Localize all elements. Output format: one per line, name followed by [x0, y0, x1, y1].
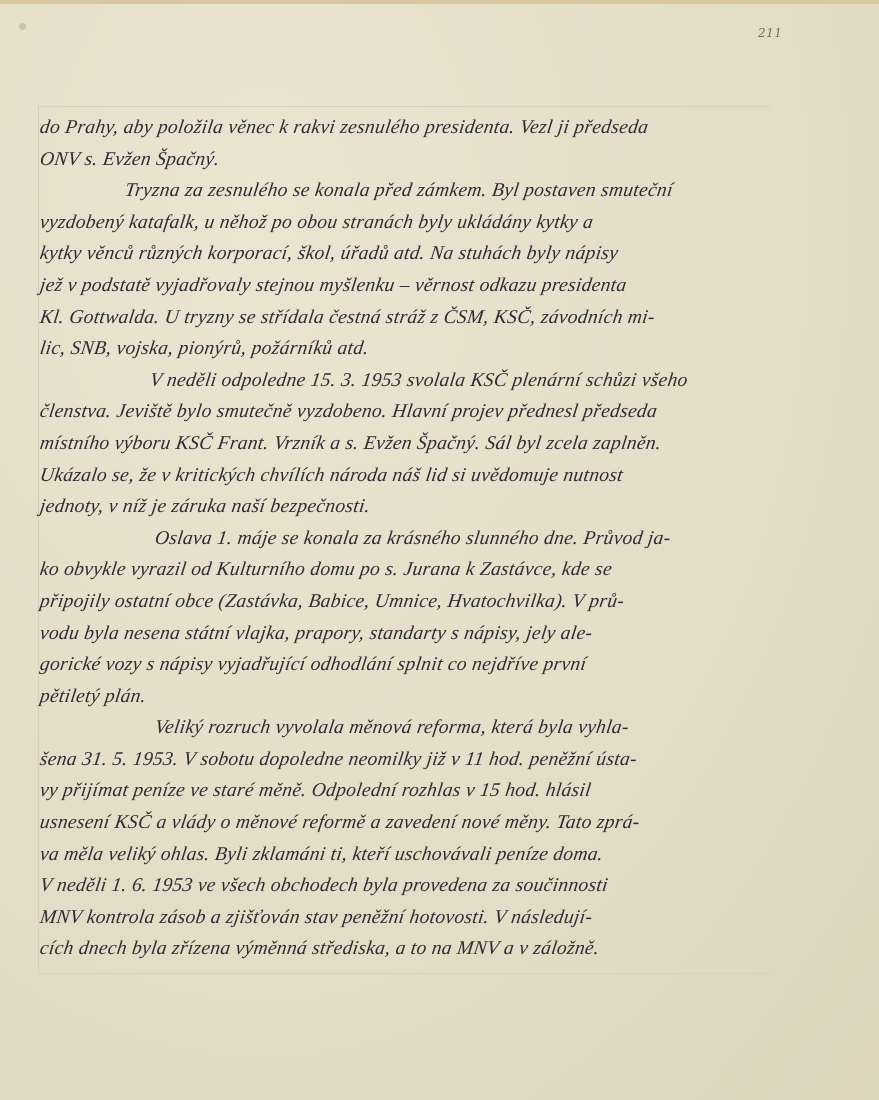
text-line: členstva. Jeviště bylo smutečně vyzdoben…	[38, 396, 764, 428]
text-line: Ukázalo se, že v kritických chvílích nár…	[38, 460, 764, 492]
text-line: Kl. Gottwalda. U tryzny se střídala čest…	[38, 302, 764, 334]
text-line: ONV s. Evžen Špačný.	[38, 144, 764, 176]
handwritten-text: do Prahy, aby položila věnec k rakvi zes…	[40, 112, 762, 965]
page-top-edge	[0, 0, 879, 4]
text-line: Tryzna za zesnulého se konala před zámke…	[38, 175, 764, 207]
paper-stain	[19, 23, 26, 30]
text-line: lic, SNB, vojska, pionýrů, požárníků atd…	[38, 333, 764, 365]
text-line: šena 31. 5. 1953. V sobotu dopoledne neo…	[38, 744, 764, 776]
document-page: 211 do Prahy, aby položila věnec k rakvi…	[0, 0, 879, 1100]
text-line: do Prahy, aby položila věnec k rakvi zes…	[38, 112, 764, 144]
text-line: Veliký rozruch vyvolala měnová reforma, …	[38, 712, 764, 744]
text-line: V neděli 1. 6. 1953 ve všech obchodech b…	[38, 870, 764, 902]
text-line: Oslava 1. máje se konala za krásného slu…	[38, 523, 764, 555]
text-line: cích dnech byla zřízena výměnná středisk…	[38, 933, 764, 965]
text-line: vodu byla nesena státní vlajka, prapory,…	[38, 618, 764, 650]
text-line: jež v podstatě vyjadřovaly stejnou myšle…	[38, 270, 764, 302]
text-line: MNV kontrola zásob a zjišťován stav peně…	[38, 902, 764, 934]
text-line: kytky věnců různých korporací, škol, úřa…	[38, 238, 764, 270]
text-line: vyzdobený katafalk, u něhož po obou stra…	[38, 207, 764, 239]
text-line: místního výboru KSČ Frant. Vrzník a s. E…	[38, 428, 764, 460]
text-line: usnesení KSČ a vlády o měnové reformě a …	[38, 807, 764, 839]
text-line: připojily ostatní obce (Zastávka, Babice…	[38, 586, 764, 618]
text-line: jednoty, v níž je záruka naší bezpečnost…	[38, 491, 764, 523]
text-line: ko obvykle vyrazil od Kulturního domu po…	[38, 554, 764, 586]
text-line: V neděli odpoledne 15. 3. 1953 svolala K…	[38, 365, 764, 397]
page-number: 211	[758, 26, 782, 40]
text-line: gorické vozy s nápisy vyjadřující odhodl…	[38, 649, 764, 681]
text-line: vy přijímat peníze ve staré měně. Odpole…	[38, 775, 764, 807]
text-line: va měla veliký ohlas. Byli zklamáni ti, …	[38, 839, 764, 871]
text-line: pětiletý plán.	[38, 681, 764, 713]
